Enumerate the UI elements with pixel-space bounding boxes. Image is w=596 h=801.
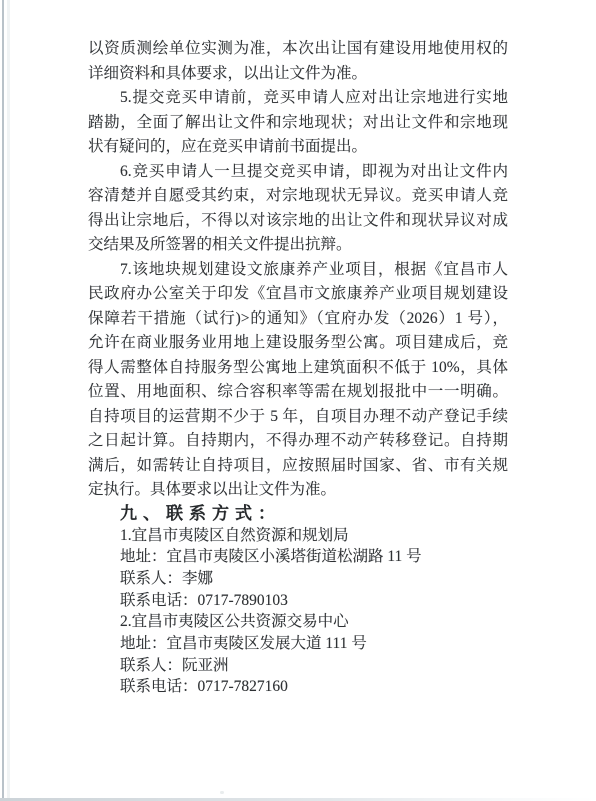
paragraph-line: 保障若干措施（试行)>的通知》（宜府办发（2026）1 号）， bbox=[88, 307, 508, 332]
paragraph-line: 详细资料和具体要求，以出让文件为准。 bbox=[88, 62, 508, 87]
paragraph-line: 定执行。具体要求以出让文件为准。 bbox=[88, 478, 508, 503]
paragraph-line: 允许在商业服务业用地上建设服务型公寓。项目建成后，竞 bbox=[88, 331, 508, 356]
paragraph-line: 位置、用地面积、综合容积率等需在规划报批中一一明确。 bbox=[88, 380, 508, 405]
paragraph-line: 5.提交竞买申请前，竞买申请人应对出让宗地进行实地 bbox=[88, 86, 508, 111]
section-heading: 九、联系方式： bbox=[88, 503, 508, 525]
paragraph-line: 交结果及所签署的相关文件提出抗辩。 bbox=[88, 233, 508, 258]
contact-address: 地址：宜昌市夷陵区小溪塔街道松湖路 11 号 bbox=[88, 546, 508, 568]
paragraph-line: 容清楚并自愿受其约束，对宗地现状无异议。竞买申请人竞 bbox=[88, 184, 508, 209]
paragraph-line: 满后，如需转让自持项目，应按照届时国家、省、市有关规 bbox=[88, 454, 508, 479]
document-body: 以资质测绘单位实测为准，本次出让国有建设用地使用权的 详细资料和具体要求，以出让… bbox=[88, 37, 508, 698]
paragraph-line: 状有疑问的，应在竞买申请前书面提出。 bbox=[88, 135, 508, 160]
paragraph-line: 7.该地块规划建设文旅康养产业项目，根据《宜昌市人 bbox=[88, 258, 508, 283]
paragraph-line: 得出让宗地后，不得以对该宗地的出让文件和现状异议对成 bbox=[88, 209, 508, 234]
contact-person: 联系人：李娜 bbox=[88, 568, 508, 590]
contact-phone: 联系电话：0717-7890103 bbox=[88, 590, 508, 612]
contact-org: 2.宜昌市夷陵区公共资源交易中心 bbox=[88, 611, 508, 633]
contact-address: 地址：宜昌市夷陵区发展大道 111 号 bbox=[88, 633, 508, 655]
scanned-document-page: { "page": { "bg": "#ffffff", "text_color… bbox=[0, 0, 596, 801]
paragraph-line: 踏勘，全面了解出让文件和宗地现状；对出让文件和宗地现 bbox=[88, 111, 508, 136]
scan-speck bbox=[220, 791, 224, 794]
scan-edge-left bbox=[2, 0, 4, 801]
paragraph-line: 6.竞买申请人一旦提交竞买申请，即视为对出让文件内 bbox=[88, 160, 508, 185]
paragraph-line: 民政府办公室关于印发《宜昌市文旅康养产业项目规划建设 bbox=[88, 282, 508, 307]
contact-phone: 联系电话：0717-7827160 bbox=[88, 676, 508, 698]
paragraph-line: 以资质测绘单位实测为准，本次出让国有建设用地使用权的 bbox=[88, 37, 508, 62]
paragraph-line: 自持项目的运营期不少于 5 年，自项目办理不动产登记手续 bbox=[88, 405, 508, 430]
contact-person: 联系人：阮亚洲 bbox=[88, 655, 508, 677]
contact-org: 1.宜昌市夷陵区自然资源和规划局 bbox=[88, 525, 508, 547]
paragraph-line: 得人需整体自持服务型公寓地上建筑面积不低于 10%，具体 bbox=[88, 356, 508, 381]
paragraph-line: 之日起计算。自持期内，不得办理不动产转移登记。自持期 bbox=[88, 429, 508, 454]
scan-streak bbox=[7, 0, 10, 801]
